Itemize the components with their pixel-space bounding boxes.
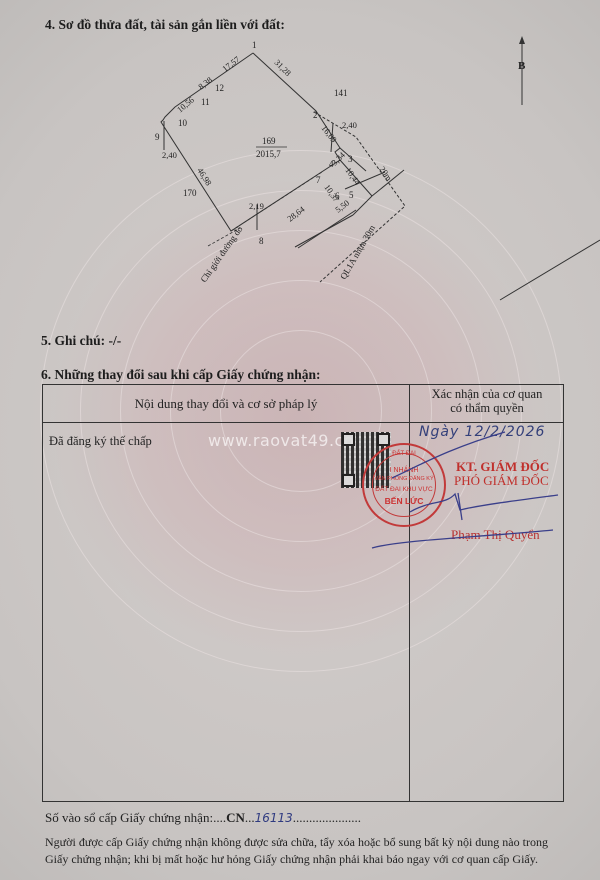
north-arrow-icon: B (518, 36, 526, 105)
svg-text:B: B (518, 60, 526, 72)
header-line: có thẩm quyền (410, 401, 564, 415)
registration-value: 16113 (255, 811, 293, 825)
svg-text:2,40: 2,40 (342, 120, 357, 130)
change-entry: Đã đăng ký thế chấp (49, 434, 152, 449)
parcel-map: B 1 2 3 4 5 6 7 8 9 10 11 12 169 2015,7 … (0, 0, 600, 320)
section-5-title: 5. Ghi chú: -/- (41, 333, 121, 349)
svg-text:2,19: 2,19 (249, 201, 264, 211)
svg-text:28,64: 28,64 (285, 204, 307, 224)
svg-text:11: 11 (201, 97, 210, 107)
svg-text:9: 9 (155, 132, 160, 142)
svg-text:10: 10 (178, 118, 188, 128)
svg-text:2015,7: 2015,7 (256, 149, 281, 159)
svg-text:Chỉ giới đường đỏ: Chỉ giới đường đỏ (198, 224, 244, 284)
svg-text:141: 141 (334, 88, 348, 98)
registration-label: Số vào sổ cấp Giấy chứng nhận: (45, 810, 213, 825)
svg-text:8: 8 (259, 236, 264, 246)
column-header-content: Nội dung thay đổi và cơ sở pháp lý (43, 396, 409, 412)
registration-prefix: CN (226, 810, 245, 825)
footnote: Người được cấp Giấy chứng nhận không đượ… (45, 834, 565, 868)
svg-text:1: 1 (252, 40, 257, 50)
svg-text:169: 169 (262, 136, 276, 146)
svg-text:2: 2 (313, 110, 318, 120)
svg-text:17,57: 17,57 (220, 54, 241, 73)
svg-text:12: 12 (215, 83, 224, 93)
seal-text: VĂN PHÒNG ĐĂNG KÝ (364, 476, 444, 482)
svg-text:5: 5 (349, 190, 354, 200)
svg-text:8,38: 8,38 (196, 75, 214, 92)
header-divider (43, 422, 563, 423)
seal-text: ĐẤT ĐAI (364, 451, 444, 457)
seal-text: ĐẤT ĐAI KHU VỰC (364, 486, 444, 493)
svg-text:10,44: 10,44 (343, 165, 363, 187)
svg-text:QL1A nhựa 30m: QL1A nhựa 30m (338, 223, 377, 281)
seal-text: BẾN LỨC (364, 496, 444, 506)
seal-text: I NHÁNH (364, 467, 444, 474)
official-seal: ĐẤT ĐAI I NHÁNH VĂN PHÒNG ĐĂNG KÝ ĐẤT ĐA… (362, 443, 446, 527)
svg-text:10,56: 10,56 (175, 95, 196, 115)
svg-text:3: 3 (348, 154, 353, 164)
svg-text:7: 7 (316, 175, 321, 185)
handwritten-date: Ngày 12/2/2026 (419, 424, 545, 440)
header-line: Xác nhận của cơ quan (410, 387, 564, 401)
signer-name: Phạm Thị Quyển (451, 527, 540, 543)
signer-position: PHÓ GIÁM ĐỐC (454, 473, 549, 489)
svg-text:46,98: 46,98 (195, 166, 214, 188)
column-header-confirmation: Xác nhận của cơ quan có thẩm quyền (410, 387, 564, 415)
svg-text:31,28: 31,28 (273, 57, 294, 78)
section-6-title: 6. Những thay đổi sau khi cấp Giấy chứng… (41, 367, 321, 383)
svg-text:2,40: 2,40 (162, 150, 177, 160)
svg-text:170: 170 (183, 188, 197, 198)
registration-number: Số vào sổ cấp Giấy chứng nhận:....CN...1… (45, 810, 361, 826)
